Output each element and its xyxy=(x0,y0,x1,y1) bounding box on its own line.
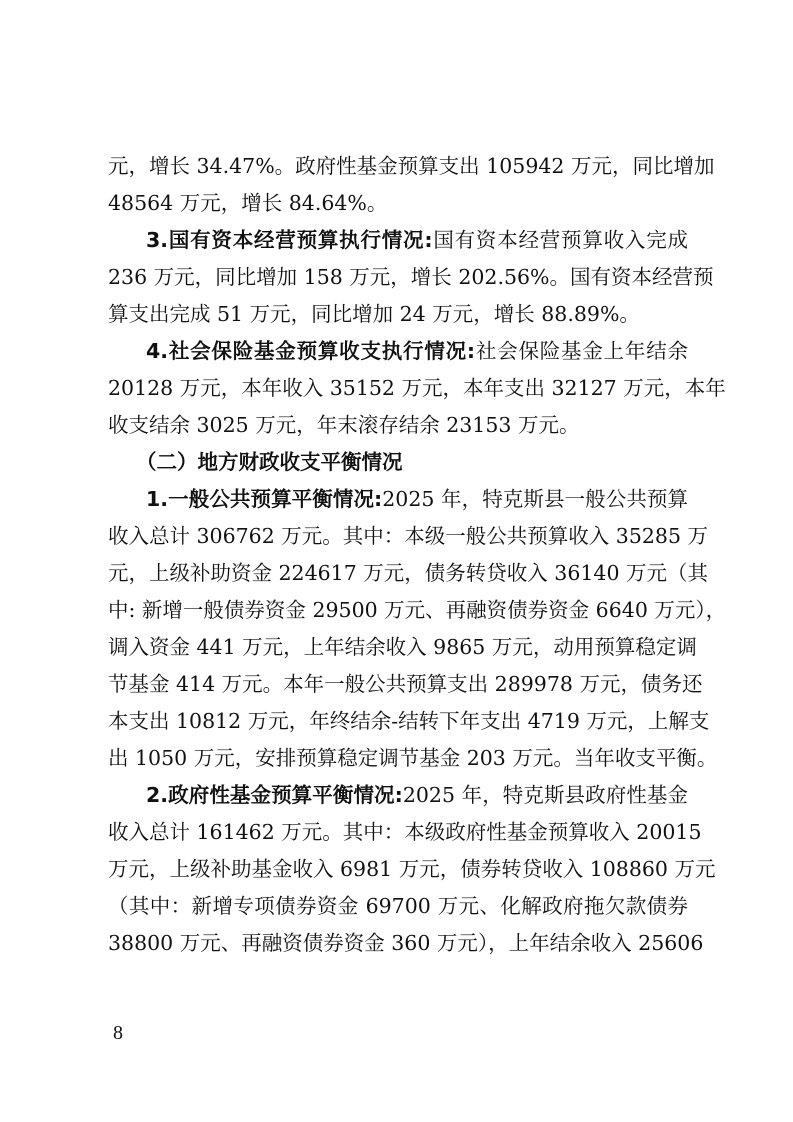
page-number: 8 xyxy=(113,1022,123,1045)
section-4-first-line: 4.社会保险基金预算收支执行情况:社会保险基金上年结余 xyxy=(146,337,688,365)
paragraph-line: 调入资金 441 万元，上年结余收入 9865 万元，动用预算稳定调 xyxy=(108,633,688,661)
paragraph-line: 48564 万元，增长 84.64%。 xyxy=(108,189,688,217)
paragraph-line: 本支出 10812 万元，年终结余-结转下年支出 4719 万元，上解支 xyxy=(108,707,688,735)
paragraph-line: 收入总计 161462 万元。其中：本级政府性基金预算收入 20015 xyxy=(108,818,688,846)
paragraph-text: 2025 年，特克斯县一般公共预算 xyxy=(382,487,688,511)
subsection-heading: （二）地方财政收支平衡情况 xyxy=(136,448,403,476)
paragraph-line: 节基金 414 万元。本年一般公共预算支出 289978 万元，债务还 xyxy=(108,670,688,698)
paragraph-line: 出 1050 万元，安排预算稳定调节基金 203 万元。当年收支平衡。 xyxy=(108,744,688,772)
paragraph-line: 中: 新增一般债券资金 29500 万元、再融资债券资金 6640 万元）， xyxy=(108,596,688,624)
paragraph-line: 算支出完成 51 万元，同比增加 24 万元，增长 88.89%。 xyxy=(108,300,688,328)
section-1-first-line: 1.一般公共预算平衡情况:2025 年，特克斯县一般公共预算 xyxy=(146,485,688,513)
paragraph-line: 38800 万元、再融资债券资金 360 万元），上年结余收入 25606 xyxy=(108,929,688,957)
paragraph-text: 2025 年，特克斯县政府性基金 xyxy=(403,783,688,807)
paragraph-line: 万元，上级补助基金收入 6981 万元，债券转贷收入 108860 万元 xyxy=(108,855,688,883)
paragraph-text: 社会保险基金上年结余 xyxy=(475,339,688,363)
section-1-heading: 1.一般公共预算平衡情况: xyxy=(146,487,382,511)
section-2-heading: 2.政府性基金预算平衡情况: xyxy=(146,783,403,807)
paragraph-line: 236 万元，同比增加 158 万元，增长 202.56%。国有资本经营预 xyxy=(108,263,688,291)
paragraph-line: 元，增长 34.47%。政府性基金预算支出 105942 万元，同比增加 xyxy=(108,152,688,180)
section-4-heading: 4.社会保险基金预算收支执行情况: xyxy=(146,339,475,363)
paragraph-line: 20128 万元，本年收入 35152 万元，本年支出 32127 万元，本年 xyxy=(108,374,688,402)
paragraph-line: 收支结余 3025 万元，年末滚存结余 23153 万元。 xyxy=(108,411,688,439)
paragraph-line: 元，上级补助资金 224617 万元，债务转贷收入 36140 万元（其 xyxy=(108,559,688,587)
section-2-first-line: 2.政府性基金预算平衡情况:2025 年，特克斯县政府性基金 xyxy=(146,781,688,809)
paragraph-line: （其中：新增专项债券资金 69700 万元、化解政府拖欠款债券 xyxy=(108,892,688,920)
section-3-first-line: 3.国有资本经营预算执行情况:国有资本经营预算收入完成 xyxy=(146,226,688,254)
paragraph-line: 收入总计 306762 万元。其中：本级一般公共预算收入 35285 万 xyxy=(108,522,688,550)
section-3-heading: 3.国有资本经营预算执行情况: xyxy=(146,228,433,252)
document-page: 元，增长 34.47%。政府性基金预算支出 105942 万元，同比增加 485… xyxy=(0,0,793,1122)
paragraph-text: 国有资本经营预算收入完成 xyxy=(433,228,688,252)
